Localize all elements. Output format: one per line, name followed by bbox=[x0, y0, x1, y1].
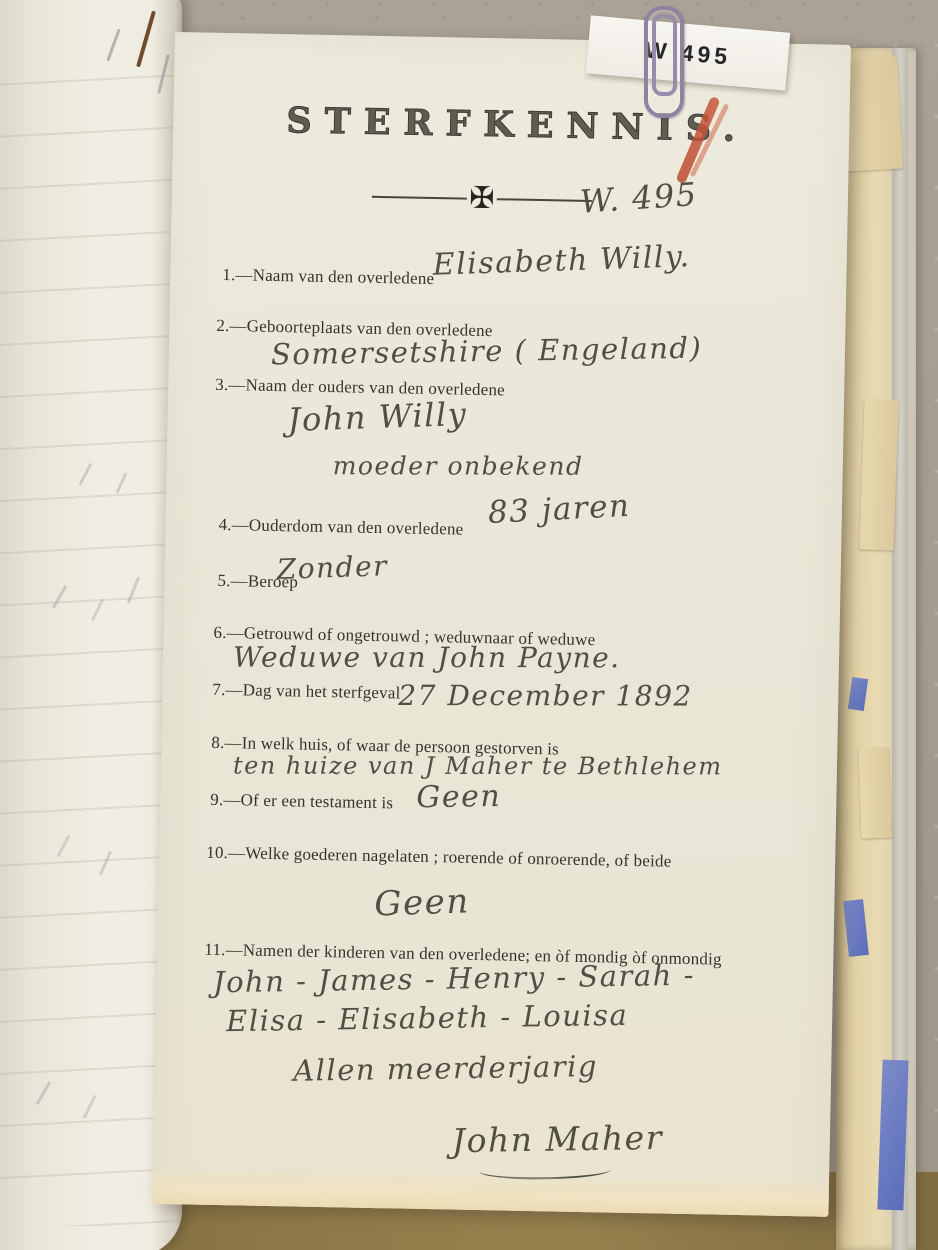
form-item-9-answer: Geen bbox=[416, 779, 501, 815]
form-item-10-answer: Geen bbox=[374, 881, 471, 924]
form-item-4-label: 4.—Ouderdom van den overledene bbox=[218, 515, 463, 540]
ruled-lines bbox=[0, 34, 176, 1226]
form-item-4-answer: 83 jaren bbox=[487, 488, 631, 531]
form-item-8-answer: ten huize van J Maher te Bethlehem bbox=[233, 752, 723, 781]
form-item-2-answer: Somersetshire ( Engeland) bbox=[271, 331, 703, 372]
title-ornament: ✠ bbox=[372, 186, 592, 212]
signature: John Maher bbox=[452, 1118, 664, 1160]
torn-page-fragment bbox=[859, 399, 898, 550]
right-page-stack bbox=[836, 48, 916, 1250]
form-item-1-answer: Elisabeth Willy. bbox=[432, 239, 691, 283]
torn-page-fragment bbox=[858, 748, 891, 839]
form-item-11-answer-line1: John - James - Henry - Sarah - bbox=[213, 958, 695, 1000]
form-item-9-label: 9.—Of er een testament is bbox=[210, 790, 393, 814]
paperclip-inner-wire bbox=[652, 14, 677, 96]
blue-insert-tab bbox=[843, 899, 869, 957]
form-item-10-label: 10.—Welke goederen nagelaten ; roerende … bbox=[206, 843, 672, 872]
ornament-rule-left bbox=[372, 196, 467, 200]
form-item-6-answer: Weduwe van John Payne. bbox=[233, 641, 621, 675]
archive-photo: STERFKENNIS. ✠ W. 495 1.—Naam van den ov… bbox=[0, 0, 938, 1250]
ornament-rule-right bbox=[496, 198, 591, 202]
blue-insert-tab bbox=[848, 677, 868, 711]
maltese-cross-icon: ✠ bbox=[467, 188, 497, 211]
form-item-11-answer-line2: Elisa - Elisabeth - Louisa bbox=[226, 998, 629, 1038]
form-item-5-answer: Zonder bbox=[276, 549, 388, 586]
paperclip-icon bbox=[640, 2, 692, 120]
main-page: STERFKENNIS. ✠ W. 495 1.—Naam van den ov… bbox=[153, 32, 851, 1217]
form-item-3-answer-line2: moeder onbekend bbox=[333, 451, 584, 480]
form-item-7-answer: 27 December 1892 bbox=[398, 679, 692, 713]
form-item-11-answer-line3: Allen meerderjarig bbox=[293, 1049, 598, 1088]
form-item-3-answer: John Willy bbox=[287, 395, 468, 439]
form-item-1-label: 1.—Naam van den overledene bbox=[222, 265, 434, 289]
blue-insert-tab bbox=[877, 1060, 908, 1211]
form-item-7-label: 7.—Dag van het sterfgeval bbox=[212, 680, 401, 704]
